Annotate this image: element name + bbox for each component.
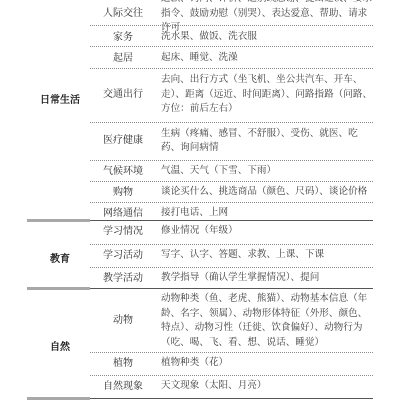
row-description: 写字、认字、答题、求教、上课、下课: [156, 248, 373, 263]
table-row: 起居 起床、睡觉、洗澡: [90, 50, 373, 67]
row-description: 去向、出行方式（坐飞机、坐公共汽车、开车、走）、距离（远近、时间距离）、问路指路…: [156, 73, 373, 117]
table-row: 家务 洗水果、做饭、洗衣服: [90, 29, 373, 46]
row-divider: [90, 244, 373, 245]
table-row: 购物 谈论买什么、挑选商品（颜色、尺码）、谈论价格: [90, 184, 373, 201]
row-divider: [90, 181, 373, 182]
row-description: 起床、睡觉、洗澡: [156, 51, 373, 66]
section-divider: [90, 288, 373, 289]
row-description: 生病（疼痛、感冒、不舒服）、受伤、就医、吃药、询问病情: [156, 127, 373, 156]
row-divider: [90, 352, 373, 353]
subcategory-label: 医疗健康: [90, 134, 156, 148]
row-divider: [90, 68, 373, 69]
row-description: 天文现象（太阳、月亮）: [156, 379, 373, 394]
category-label: 教育: [40, 250, 80, 265]
table-row: 自然现象 天文现象（太阳、月亮）: [90, 378, 373, 395]
row-description: 气温、天气（下雪、下雨）: [156, 164, 373, 179]
row-divider: [90, 267, 373, 268]
section-divider: [90, 220, 373, 221]
row-divider: [90, 122, 373, 123]
table-row: 植物 植物种类（花）: [90, 355, 373, 372]
subcategory-label: 起居: [90, 52, 156, 66]
row-description: 植物种类（花）: [156, 356, 373, 371]
row-description: 接打电话、上网: [156, 206, 373, 221]
row-divider: [90, 46, 373, 47]
row-description: 谈论买什么、挑选商品（颜色、尺码）、谈论价格: [156, 185, 373, 200]
section-divider: [90, 398, 373, 399]
subcategory-label: 教学活动: [90, 272, 156, 286]
subcategory-label: 气候环境: [90, 165, 156, 179]
row-description: 教学指导（确认学生掌握情况）、提问: [156, 271, 373, 286]
row-divider: [90, 375, 373, 376]
table-row: 医疗健康 生病（疼痛、感冒、不舒服）、受伤、就医、吃药、询问病情: [90, 125, 373, 157]
row-divider: [90, 160, 373, 161]
subcategory-label: 自然现象: [90, 380, 156, 394]
table-row: 动物 动物种类（鱼、老虎、熊猫）、动物基本信息（年龄、名字、领属）、动物形体特征…: [90, 292, 373, 350]
document-page: 人际交往 道歉、询问、评价、道别或感谢、提出建议、要求 指令、鼓励劝慰（别哭）、…: [0, 0, 400, 400]
row-description: 动物种类（鱼、老虎、熊猫）、动物基本信息（年龄、名字、领属）、动物形体特征（外形…: [156, 292, 373, 350]
row-divider: [90, 25, 373, 26]
category-label: 自然: [40, 338, 80, 353]
table-row: 学习情况 修业情况（年级）: [90, 223, 373, 240]
subcategory-label: 购物: [90, 186, 156, 200]
section-divider-bar: [27, 287, 90, 290]
subcategory-label: 学习情况: [90, 225, 156, 239]
table-row: 交通出行 去向、出行方式（坐飞机、坐公共汽车、开车、走）、距离（远近、时间距离）…: [90, 71, 373, 119]
table-row: 气候环境 气温、天气（下雪、下雨）: [90, 163, 373, 180]
table-row: 教学活动 教学指导（确认学生掌握情况）、提问: [90, 270, 373, 287]
row-description: 修业情况（年级）: [156, 224, 373, 239]
subcategory-label: 植物: [90, 357, 156, 371]
row-divider: [90, 202, 373, 203]
subcategory-label: 家务: [90, 31, 156, 45]
subcategory-label: 人际交往: [90, 7, 156, 21]
row-description: 洗水果、做饭、洗衣服: [156, 30, 373, 45]
subcategory-label: 学习活动: [90, 249, 156, 263]
category-label: 日常生活: [40, 91, 80, 106]
section-divider-bar: [27, 219, 90, 222]
subcategory-label: 网络通信: [90, 207, 156, 221]
subcategory-label: 交通出行: [90, 88, 156, 102]
subcategory-label: 动物: [90, 314, 156, 328]
row-description-line: 道歉、询问、评价、道别或感谢、提出建议、要求: [161, 0, 373, 7]
table-row: 学习活动 写字、认字、答题、求教、上课、下课: [90, 247, 373, 264]
